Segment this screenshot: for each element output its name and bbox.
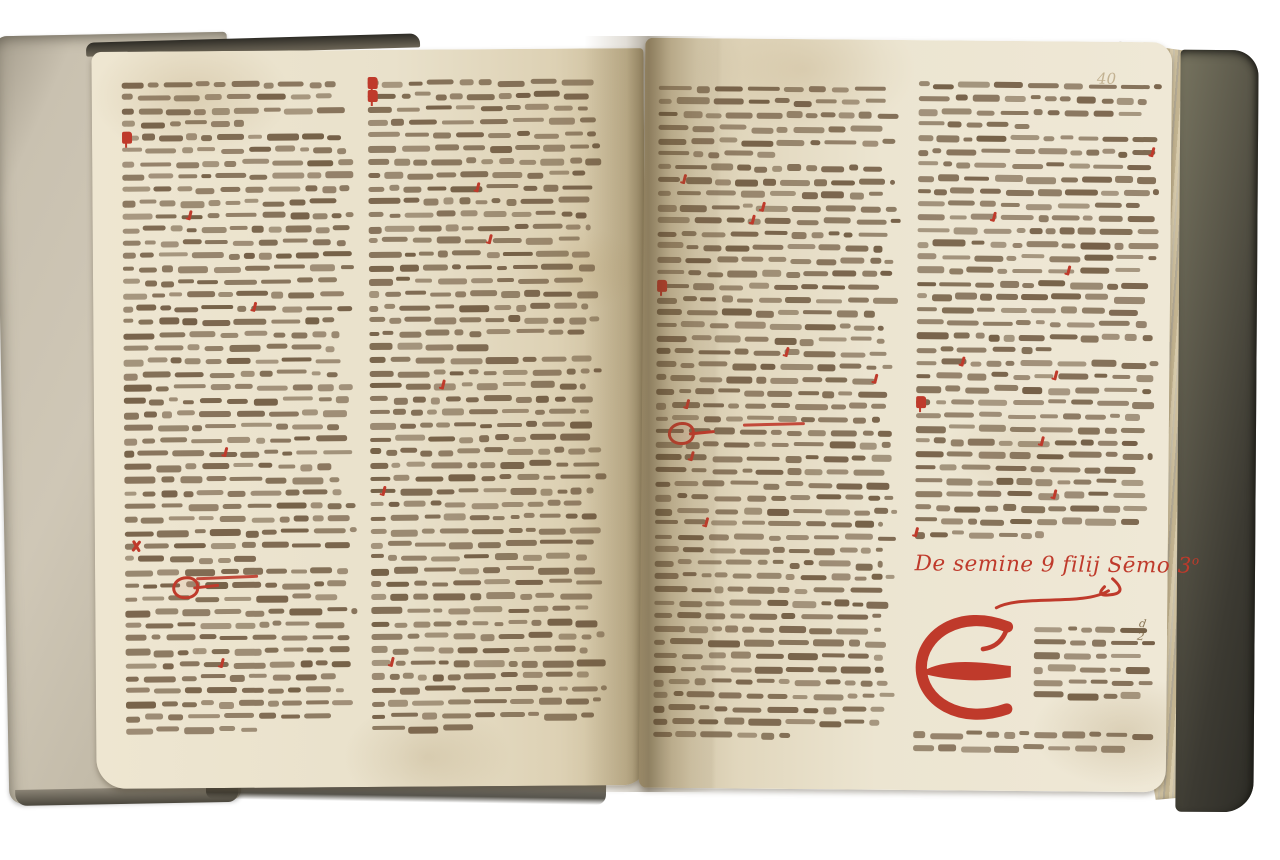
script-line: [122, 197, 359, 209]
script-line: [917, 265, 1167, 277]
script-line: [371, 604, 611, 616]
script-line: [654, 663, 902, 675]
script-line: [369, 287, 609, 299]
red-mark: [1053, 370, 1058, 380]
script-line: [368, 76, 608, 88]
script-line: [371, 525, 611, 537]
script-line: [917, 317, 1167, 329]
script-line: [654, 584, 902, 596]
script-line: [918, 212, 1168, 224]
script-line: [371, 498, 611, 510]
script-line: [654, 610, 902, 622]
script-line: [918, 186, 1168, 198]
script-line: [915, 515, 1165, 527]
script-line: [123, 236, 360, 248]
script-line: [370, 393, 610, 405]
script-line: [654, 689, 902, 701]
script-line: [918, 146, 1168, 158]
script-line: [124, 395, 361, 407]
script-line: [124, 474, 361, 486]
script-line: [655, 492, 903, 504]
script-line: [654, 637, 902, 649]
script-line: [916, 357, 1166, 369]
script-line: [370, 432, 610, 444]
script-line: [369, 274, 609, 286]
script-line: [125, 526, 362, 538]
script-line: [126, 698, 363, 710]
script-line: [124, 434, 361, 446]
decorated-initial-E: [913, 611, 1026, 724]
script-line: [370, 406, 610, 418]
script-line: [916, 436, 1166, 448]
script-line: [126, 685, 363, 697]
script-line: [917, 344, 1167, 356]
script-line: [126, 671, 363, 683]
script-line: [368, 116, 608, 128]
script-line: [654, 676, 902, 688]
script-line: [122, 170, 359, 182]
script-line: [917, 304, 1167, 316]
script-line: [372, 657, 612, 669]
script-line: [1034, 690, 1160, 701]
script-line: [122, 118, 359, 130]
script-line: [1034, 676, 1160, 687]
script-line: [370, 485, 610, 497]
script-line: [655, 518, 903, 530]
script-line: [124, 408, 361, 420]
script-line: [370, 380, 610, 392]
script-line: [368, 90, 608, 102]
script-line: [654, 597, 902, 609]
script-line: [124, 447, 361, 459]
script-line: [913, 742, 1198, 754]
script-line: [919, 93, 1169, 105]
rubric-heading: De semine 9 filij Sēmo 3o: [915, 546, 1200, 579]
script-line: [657, 281, 905, 293]
script-line: [655, 544, 903, 556]
script-line: [368, 142, 608, 154]
red-initial-decorated: [668, 422, 695, 445]
red-mark: [1150, 147, 1155, 157]
script-line: [658, 202, 906, 214]
script-line: [916, 423, 1166, 435]
script-line: [918, 225, 1168, 237]
script-line: [656, 399, 904, 411]
script-line: [656, 426, 904, 438]
script-line: [124, 421, 361, 433]
script-line: [123, 263, 360, 275]
script-line: [655, 505, 903, 517]
script-line: [655, 571, 903, 583]
red-initial: [657, 280, 667, 292]
red-underline: [743, 422, 805, 426]
script-line: [657, 241, 905, 253]
script-line: [123, 276, 360, 288]
script-line: [659, 83, 907, 95]
script-line: [658, 149, 906, 161]
script-line: [122, 144, 359, 156]
red-mark: [873, 374, 878, 384]
script-line: [125, 592, 362, 604]
manuscript-photo: 40 De semine 9 filij Sēmo 3o d 2: [0, 0, 1280, 860]
script-line: [656, 413, 904, 425]
script-line: [916, 449, 1166, 461]
script-line: [369, 261, 609, 273]
script-line: [917, 238, 1167, 250]
script-line: [370, 366, 610, 378]
script-line: [655, 465, 903, 477]
script-line: [919, 80, 1169, 92]
script-line: [917, 252, 1167, 264]
script-line: [372, 723, 612, 735]
script-line: [122, 157, 359, 169]
script-lines: [915, 80, 1169, 541]
script-line: [125, 632, 362, 644]
script-line: [653, 703, 901, 715]
script-line: [125, 500, 362, 512]
script-line: [126, 724, 363, 736]
script-line: [656, 452, 904, 464]
text-column-right-1: [653, 83, 907, 745]
script-line: [368, 129, 608, 141]
script-line: [917, 331, 1167, 343]
script-line: [656, 439, 904, 451]
script-line: [125, 540, 362, 552]
script-line: [916, 410, 1166, 422]
script-line: [915, 463, 1165, 475]
script-line: [370, 472, 610, 484]
script-line: [1034, 650, 1160, 661]
script-line: [659, 109, 907, 121]
script-line: [653, 716, 901, 728]
script-line: [371, 512, 611, 524]
script-line: [918, 159, 1168, 171]
script-line: [657, 267, 905, 279]
script-line: [124, 368, 361, 380]
script-line: [372, 683, 612, 695]
script-line: [916, 383, 1166, 395]
script-line: [370, 446, 610, 458]
red-initial: [122, 131, 132, 143]
script-line: [655, 558, 903, 570]
script-line: [369, 327, 609, 339]
script-line: [653, 729, 901, 741]
script-line: [122, 131, 359, 143]
script-line: [125, 553, 362, 565]
script-line: [368, 182, 608, 194]
incipit-closing-lines: [913, 729, 1198, 755]
script-line: [124, 381, 361, 393]
script-line: [371, 630, 611, 642]
incipit-block: [913, 611, 1199, 727]
text-column-left-2: [368, 76, 613, 737]
script-line: [918, 133, 1168, 145]
script-line: [658, 122, 906, 134]
red-initial: [368, 77, 378, 89]
text-column-right-2: De semine 9 filij Sēmo 3o: [913, 80, 1204, 757]
script-line: [369, 248, 609, 260]
script-line: [917, 278, 1167, 290]
script-line: [915, 476, 1165, 488]
script-line: [369, 301, 609, 313]
script-line: [371, 564, 611, 576]
script-line: [657, 294, 905, 306]
script-line: [370, 419, 610, 431]
right-page: 40 De semine 9 filij Sēmo 3o d 2: [639, 38, 1173, 793]
script-line: [658, 228, 906, 240]
script-line: [371, 538, 611, 550]
script-line: [125, 566, 362, 578]
script-line: [658, 162, 906, 174]
script-line: [915, 528, 1165, 540]
script-line: [657, 320, 905, 332]
script-line: [919, 106, 1169, 118]
red-mark: [390, 657, 395, 667]
script-line: [657, 307, 905, 319]
script-line: [123, 315, 360, 327]
rubric-superscript: o: [1192, 554, 1200, 568]
script-line: [122, 104, 359, 116]
script-line: [658, 175, 906, 187]
script-line: [125, 606, 362, 618]
script-line: [655, 478, 903, 490]
script-line: [368, 155, 608, 167]
script-line: [372, 643, 612, 655]
script-line: [371, 577, 611, 589]
script-line: [125, 513, 362, 525]
script-line: [126, 658, 363, 670]
script-line: [371, 551, 611, 563]
script-line: [659, 96, 907, 108]
script-line: [915, 502, 1165, 514]
script-line: [123, 210, 360, 222]
red-initial: [368, 90, 378, 102]
script-line: [918, 199, 1168, 211]
script-line: [370, 353, 610, 365]
script-line: [125, 579, 362, 591]
script-line: [123, 302, 360, 314]
script-line: [123, 329, 360, 341]
script-line: [918, 172, 1168, 184]
script-line: [124, 487, 361, 499]
script-line: [656, 360, 904, 372]
script-line: [916, 370, 1166, 382]
left-page: [91, 48, 648, 789]
script-line: [368, 103, 608, 115]
script-line: [654, 650, 902, 662]
script-line: [918, 120, 1168, 132]
script-line: [369, 221, 609, 233]
script-line: [654, 624, 902, 636]
script-line: [370, 459, 610, 471]
script-line: [122, 184, 359, 196]
script-line: [125, 619, 362, 631]
script-line: [913, 729, 1198, 741]
script-line: [658, 136, 906, 148]
script-line: [126, 711, 363, 723]
script-line: [372, 670, 612, 682]
script-line: [369, 208, 609, 220]
text-column-left-1: [122, 78, 364, 739]
script-line: [369, 235, 609, 247]
script-line: [658, 188, 906, 200]
script-line: [124, 460, 361, 472]
script-line: [372, 696, 612, 708]
script-line: [122, 91, 359, 103]
script-line: [657, 254, 905, 266]
script-line: [372, 709, 612, 721]
script-line: [371, 591, 611, 603]
script-line: [371, 617, 611, 629]
script-line: [123, 250, 360, 262]
script-line: [368, 169, 608, 181]
script-line: [123, 289, 360, 301]
script-line: [655, 531, 903, 543]
script-line: [123, 342, 360, 354]
rubric-flourish: [962, 575, 1142, 611]
script-line: [126, 645, 363, 657]
script-line: [916, 397, 1166, 409]
script-line: [1034, 663, 1160, 674]
script-line: [917, 291, 1167, 303]
script-line: [124, 355, 361, 367]
script-line: [122, 78, 359, 90]
script-line: [915, 489, 1165, 501]
red-mark-x: [130, 540, 143, 551]
script-line: [657, 333, 905, 345]
script-line: [656, 373, 904, 385]
script-line: [658, 215, 906, 227]
script-line: [368, 195, 608, 207]
script-line: [123, 223, 360, 235]
script-line: [369, 314, 609, 326]
script-line: [657, 347, 905, 359]
script-line: [656, 386, 904, 398]
red-initial: [916, 396, 926, 408]
script-line: [369, 340, 609, 352]
